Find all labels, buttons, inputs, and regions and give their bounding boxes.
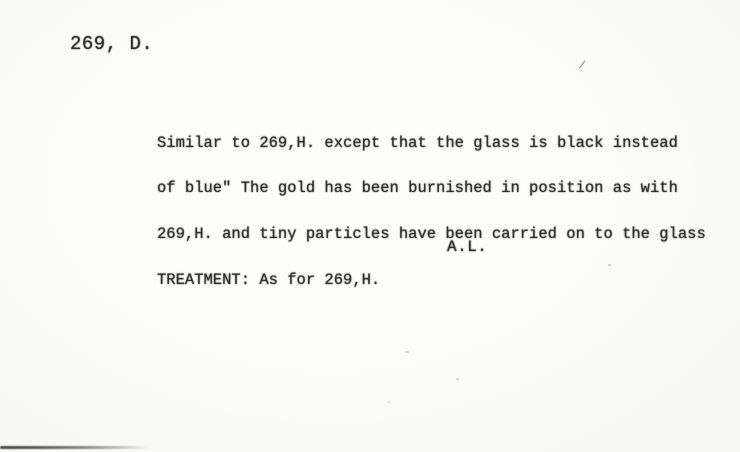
initials-signature: A.L. xyxy=(447,238,487,256)
paper-speck xyxy=(405,351,409,353)
card-bottom-edge-shadow xyxy=(0,446,150,449)
card-body-text: Similar to 269,H. except that the glass … xyxy=(157,105,706,319)
body-line-1: Similar to 269,H. except that the glass … xyxy=(157,136,706,151)
paper-speck xyxy=(456,378,459,380)
body-line-2: of blue" The gold has been burnished in … xyxy=(157,181,706,196)
paper-speck xyxy=(388,401,390,403)
body-line-3: 269,H. and tiny particles have been carr… xyxy=(157,227,706,242)
index-card: 269, D. Similar to 269,H. except that th… xyxy=(0,0,740,452)
paper-speck xyxy=(608,264,611,266)
body-line-4: TREATMENT: As for 269,H. xyxy=(157,273,706,288)
stray-pen-mark: / xyxy=(578,60,582,69)
card-number: 269, D. xyxy=(70,33,153,55)
